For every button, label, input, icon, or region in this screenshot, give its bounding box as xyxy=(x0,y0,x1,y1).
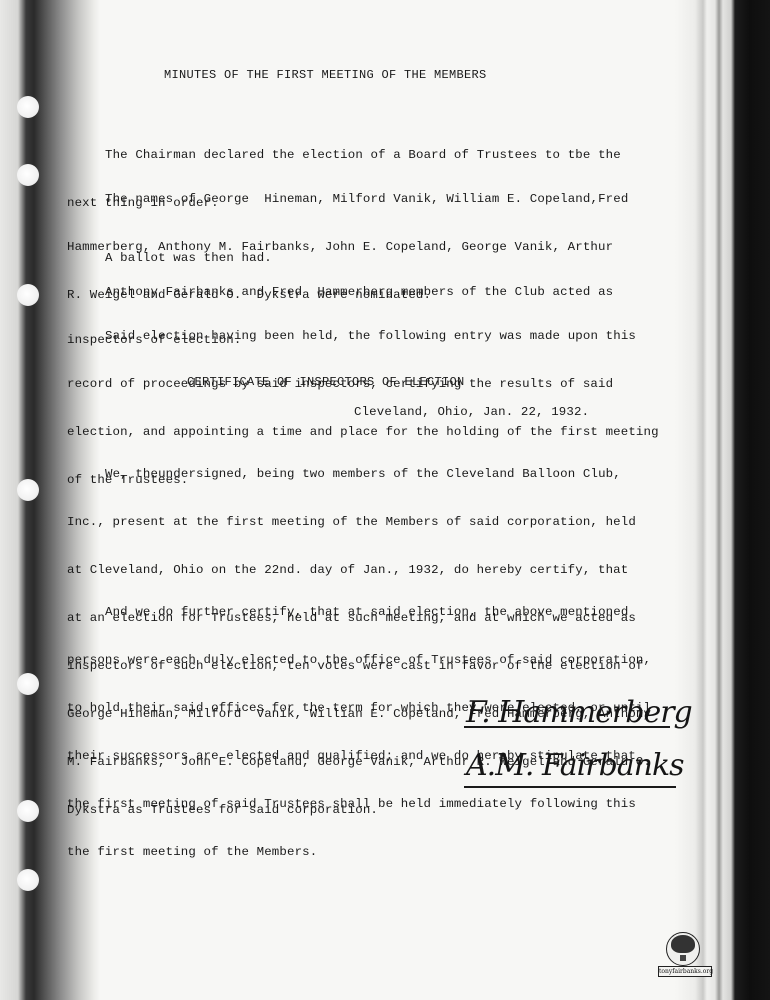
signature-fairbanks: A.M. Fairbanks xyxy=(466,748,684,783)
certificate-title: CERTIFICATE OF INSPECTORS OF ELECTION xyxy=(187,374,465,390)
document-title: MINUTES OF THE FIRST MEETING OF THE MEMB… xyxy=(164,67,487,83)
page-right-edge xyxy=(675,0,770,1000)
scanned-page: MINUTES OF THE FIRST MEETING OF THE MEMB… xyxy=(0,0,770,1000)
binder-hole-icon xyxy=(17,284,39,306)
binder-hole-icon xyxy=(17,869,39,891)
certificate-paragraph-elected: And we do further certify, that at said … xyxy=(67,572,651,892)
signature-line xyxy=(464,726,670,728)
binder-hole-icon xyxy=(17,673,39,695)
signature-line xyxy=(464,786,676,788)
certificate-place-date: Cleveland, Ohio, Jan. 22, 1932. xyxy=(354,404,589,420)
binder-hole-icon xyxy=(17,164,39,186)
hot-air-balloon-icon xyxy=(666,932,700,966)
binder-hole-icon xyxy=(17,479,39,501)
binder-hole-icon xyxy=(17,800,39,822)
watermark-caption: tonyfairbanks.org xyxy=(658,966,712,977)
signature-hammerberg: F. Hammerberg xyxy=(466,695,692,730)
binder-hole-icon xyxy=(17,96,39,118)
watermark-logo: tonyfairbanks.org xyxy=(658,932,710,988)
